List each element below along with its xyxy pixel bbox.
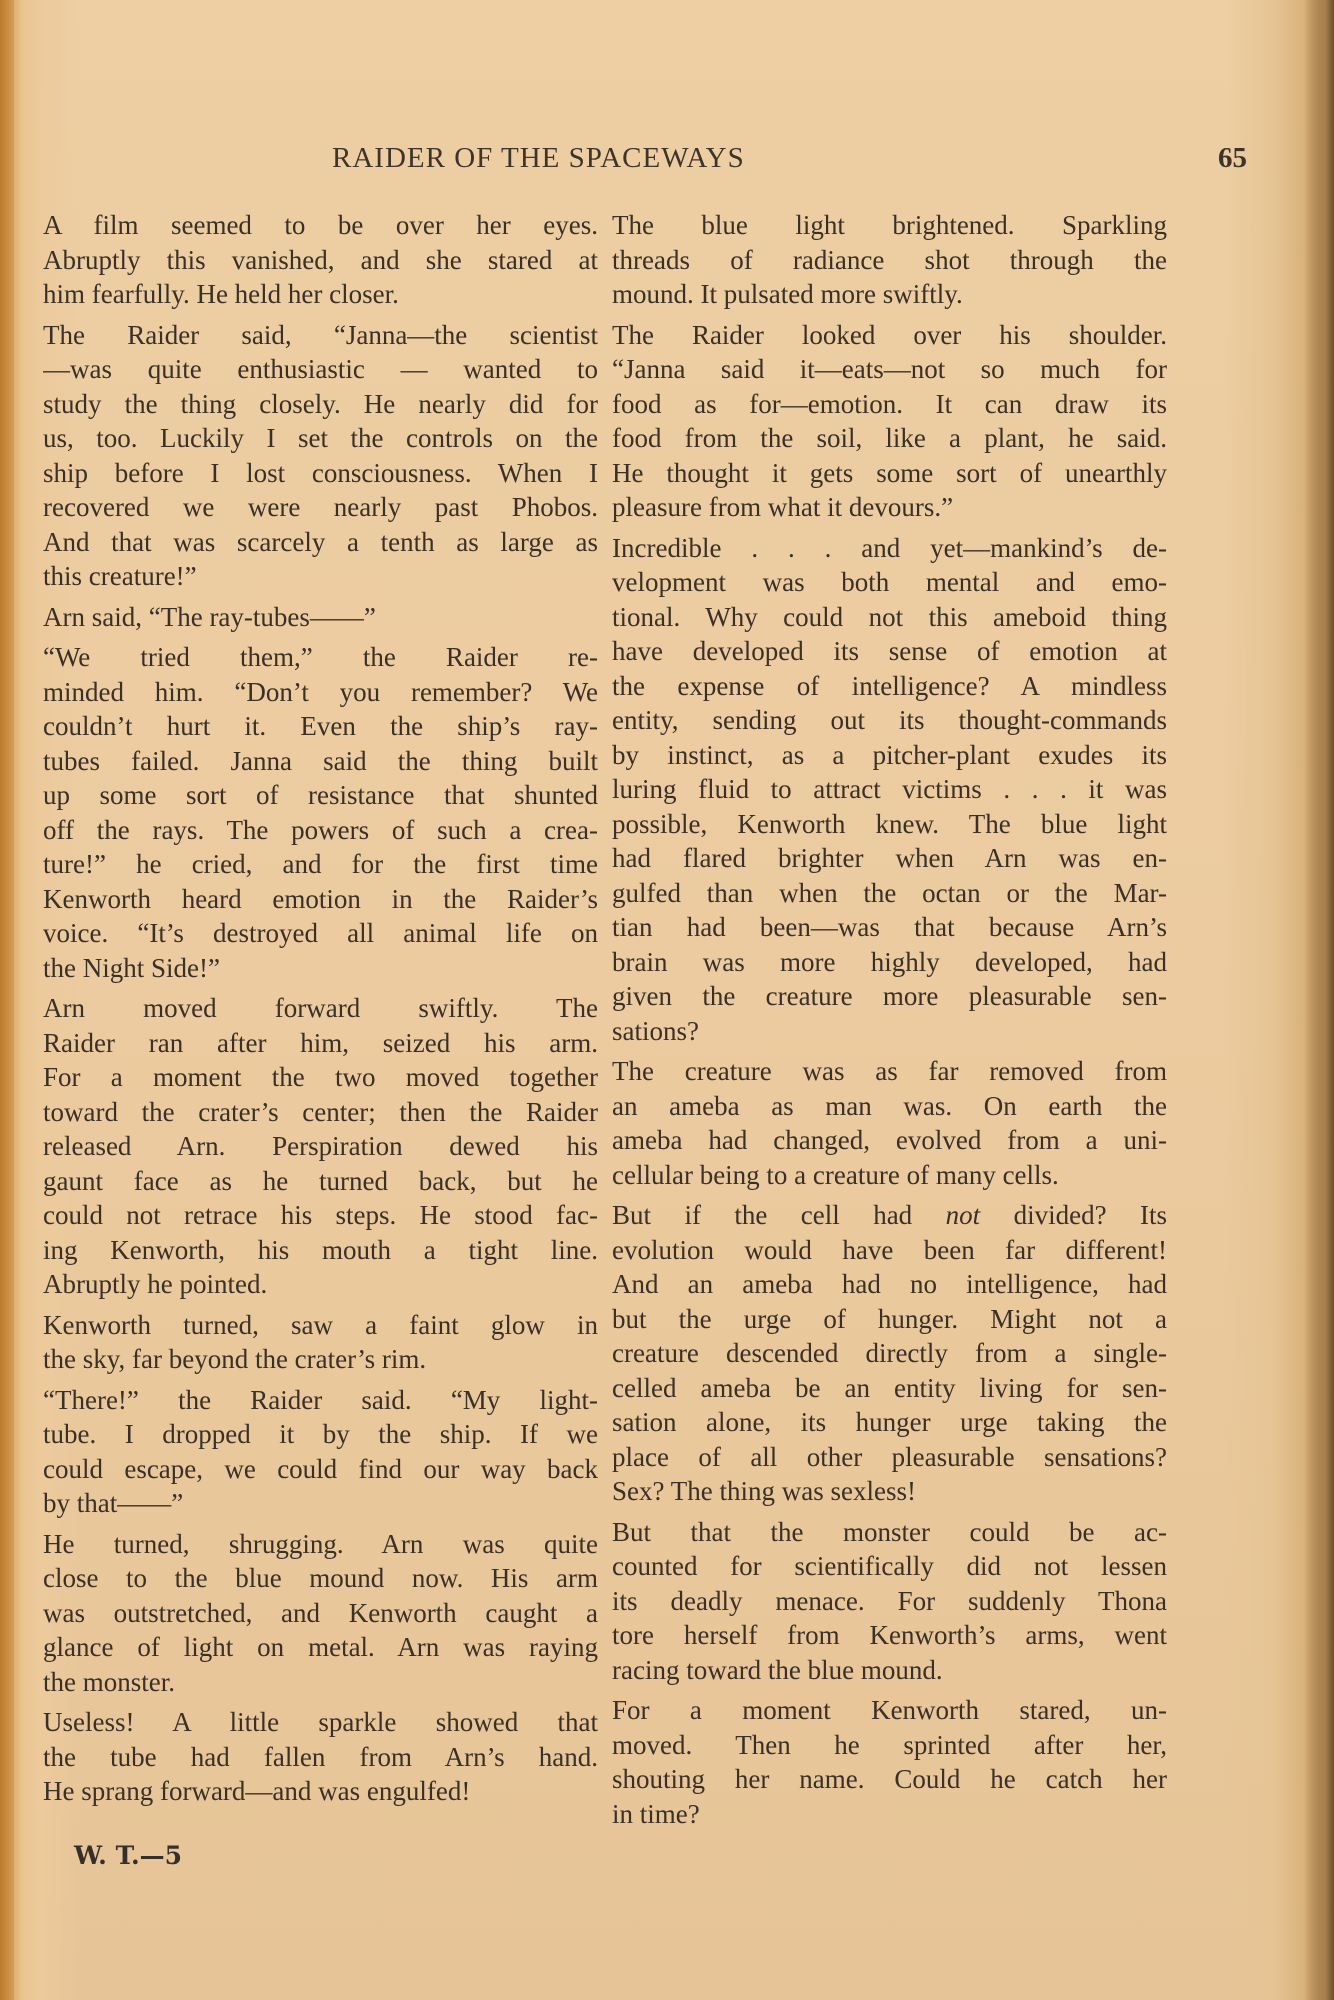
text-line: was outstretched, and Kenworth caught a [43, 1596, 598, 1631]
text-line: He turned, shrugging. Arn was quite [43, 1527, 598, 1562]
text-line: celled ameba be an entity living for sen… [612, 1371, 1167, 1406]
text-line: gaunt face as he turned back, but he [43, 1164, 598, 1199]
paragraph: “There!” the Raider said. “My light-tube… [43, 1383, 598, 1521]
text-line: And an ameba had no intelligence, had [612, 1267, 1167, 1302]
text-line: this creature!” [43, 559, 598, 594]
text-line: “Janna said it—eats—not so much for [612, 352, 1167, 387]
text-line: but the urge of hunger. Might not a [612, 1302, 1167, 1337]
text-line: voice. “It’s destroyed all animal life o… [43, 916, 598, 951]
text-line: The Raider said, “Janna—the scientist [43, 318, 598, 353]
paragraph: He turned, shrugging. Arn was quiteclose… [43, 1527, 598, 1700]
text-line: For a moment the two moved together [43, 1060, 598, 1095]
text-line: The blue light brightened. Sparkling [612, 208, 1167, 243]
text-line: off the rays. The powers of such a crea- [43, 813, 598, 848]
text-line: ship before I lost consciousness. When I [43, 456, 598, 491]
text-line: close to the blue mound now. His arm [43, 1561, 598, 1596]
text-line: racing toward the blue mound. [612, 1653, 1167, 1688]
text-line: have developed its sense of emotion at [612, 634, 1167, 669]
text-line: its deadly menace. For suddenly Thona [612, 1584, 1167, 1619]
left-text-column: A film seemed to be over her eyes.Abrupt… [43, 208, 598, 1815]
text-line: Useless! A little sparkle showed that [43, 1705, 598, 1740]
text-line: food as for—emotion. It can draw its [612, 387, 1167, 422]
text-line: luring fluid to attract victims . . . it… [612, 772, 1167, 807]
text-line: by instinct, as a pitcher-plant exudes i… [612, 738, 1167, 773]
text-line: velopment was both mental and emo- [612, 565, 1167, 600]
text-line: place of all other pleasurable sensation… [612, 1440, 1167, 1475]
text-line: tional. Why could not this ameboid thing [612, 600, 1167, 635]
text-line: Arn said, “The ray-tubes——” [43, 600, 598, 635]
text-line: “We tried them,” the Raider re- [43, 640, 598, 675]
text-line: us, too. Luckily I set the controls on t… [43, 421, 598, 456]
text-line: the tube had fallen from Arn’s hand. [43, 1740, 598, 1775]
page-edge-shadow [1304, 0, 1334, 2000]
text-line: tube. I dropped it by the ship. If we [43, 1417, 598, 1452]
text-line: Sex? The thing was sexless! [612, 1474, 1167, 1509]
text-line: moved. Then he sprinted after her, [612, 1728, 1167, 1763]
text-line: the expense of intelligence? A mindless [612, 669, 1167, 704]
text-line: the sky, far beyond the crater’s rim. [43, 1342, 598, 1377]
text-line: the Night Side!” [43, 951, 598, 986]
paragraph: Arn moved forward swiftly. TheRaider ran… [43, 991, 598, 1302]
text-line: Kenworth heard emotion in the Raider’s [43, 882, 598, 917]
text-line: The creature was as far removed from [612, 1054, 1167, 1089]
text-line: But if the cell had not divided? Its [612, 1198, 1167, 1233]
book-spine-shadow [0, 0, 14, 2000]
text-line: could not retrace his steps. He stood fa… [43, 1198, 598, 1233]
paragraph: For a moment Kenworth stared, un-moved. … [612, 1693, 1167, 1831]
text-line: by that——” [43, 1486, 598, 1521]
text-line: sations? [612, 1014, 1167, 1049]
text-line: could escape, we could find our way back [43, 1452, 598, 1487]
text-line: tore herself from Kenworth’s arms, went [612, 1618, 1167, 1653]
paragraph: Kenworth turned, saw a faint glow inthe … [43, 1308, 598, 1377]
running-title: RAIDER OF THE SPACEWAYS [332, 142, 745, 175]
text-line: study the thing closely. He nearly did f… [43, 387, 598, 422]
text-line: Arn moved forward swiftly. The [43, 991, 598, 1026]
paragraph: But that the monster could be ac-counted… [612, 1515, 1167, 1688]
text-line: ing Kenworth, his mouth a tight line. [43, 1233, 598, 1268]
text-line: entity, sending out its thought-commands [612, 703, 1167, 738]
text-line: “There!” the Raider said. “My light- [43, 1383, 598, 1418]
emphasis: not [946, 1200, 981, 1230]
text-line: ture!” he cried, and for the first time [43, 847, 598, 882]
right-text-column: The blue light brightened. Sparklingthre… [612, 208, 1167, 1837]
text-line: released Arn. Perspiration dewed his [43, 1129, 598, 1164]
running-head: RAIDER OF THE SPACEWAYS 65 [0, 142, 1334, 182]
text-line: possible, Kenworth knew. The blue light [612, 807, 1167, 842]
text-line: Raider ran after him, seized his arm. [43, 1026, 598, 1061]
book-page: RAIDER OF THE SPACEWAYS 65 A film seemed… [0, 0, 1334, 2000]
text-line: couldn’t hurt it. Even the ship’s ray- [43, 709, 598, 744]
text-line: him fearfully. He held her closer. [43, 277, 598, 312]
text-line: pleasure from what it devours.” [612, 490, 1167, 525]
paragraph: The blue light brightened. Sparklingthre… [612, 208, 1167, 312]
paragraph: Incredible . . . and yet—mankind’s de-ve… [612, 531, 1167, 1049]
text-line: gulfed than when the octan or the Mar- [612, 876, 1167, 911]
text-line: food from the soil, like a plant, he sai… [612, 421, 1167, 456]
text-line: had flared brighter when Arn was en- [612, 841, 1167, 876]
paragraph: Useless! A little sparkle showed thatthe… [43, 1705, 598, 1809]
text-line: in time? [612, 1797, 1167, 1832]
text-line: cellular being to a creature of many cel… [612, 1158, 1167, 1193]
text-line: He thought it gets some sort of unearthl… [612, 456, 1167, 491]
paragraph: “We tried them,” the Raider re-minded hi… [43, 640, 598, 985]
text-line: He sprang forward—and was engulfed! [43, 1774, 598, 1809]
text-line: shouting her name. Could he catch her [612, 1762, 1167, 1797]
text-line: threads of radiance shot through the [612, 243, 1167, 278]
text-line: an ameba as man was. On earth the [612, 1089, 1167, 1124]
text-line: brain was more highly developed, had [612, 945, 1167, 980]
text-line: mound. It pulsated more swiftly. [612, 277, 1167, 312]
paragraph: Arn said, “The ray-tubes——” [43, 600, 598, 635]
text-line: —was quite enthusiastic — wanted to [43, 352, 598, 387]
text-line: the monster. [43, 1665, 598, 1700]
text-line: The Raider looked over his shoulder. [612, 318, 1167, 353]
text-line: recovered we were nearly past Phobos. [43, 490, 598, 525]
text-line: evolution would have been far different! [612, 1233, 1167, 1268]
text-line: But that the monster could be ac- [612, 1515, 1167, 1550]
text-line: Incredible . . . and yet—mankind’s de- [612, 531, 1167, 566]
text-line: For a moment Kenworth stared, un- [612, 1693, 1167, 1728]
text-line: tubes failed. Janna said the thing built [43, 744, 598, 779]
paragraph: The Raider looked over his shoulder.“Jan… [612, 318, 1167, 525]
paragraph: The Raider said, “Janna—the scientist—wa… [43, 318, 598, 594]
text-line: Kenworth turned, saw a faint glow in [43, 1308, 598, 1343]
paragraph: A film seemed to be over her eyes.Abrupt… [43, 208, 598, 312]
text-line: tian had been—was that because Arn’s [612, 910, 1167, 945]
text-line: Abruptly this vanished, and she stared a… [43, 243, 598, 278]
text-line: creature descended directly from a singl… [612, 1336, 1167, 1371]
signature-mark: W. T.—5 [74, 1841, 182, 1870]
paragraph: But if the cell had not divided? Itsevol… [612, 1198, 1167, 1509]
text-line: up some sort of resistance that shunted [43, 778, 598, 813]
text-line: ameba had changed, evolved from a uni- [612, 1123, 1167, 1158]
text-line: And that was scarcely a tenth as large a… [43, 525, 598, 560]
text-line: Abruptly he pointed. [43, 1267, 598, 1302]
text-line: given the creature more pleasurable sen- [612, 979, 1167, 1014]
text-line: counted for scientifically did not lesse… [612, 1549, 1167, 1584]
text-line: A film seemed to be over her eyes. [43, 208, 598, 243]
text-line: glance of light on metal. Arn was raying [43, 1630, 598, 1665]
text-line: sation alone, its hunger urge taking the [612, 1405, 1167, 1440]
text-line: toward the crater’s center; then the Rai… [43, 1095, 598, 1130]
text-line: minded him. “Don’t you remember? We [43, 675, 598, 710]
page-number: 65 [1218, 142, 1247, 175]
paragraph: The creature was as far removed froman a… [612, 1054, 1167, 1192]
